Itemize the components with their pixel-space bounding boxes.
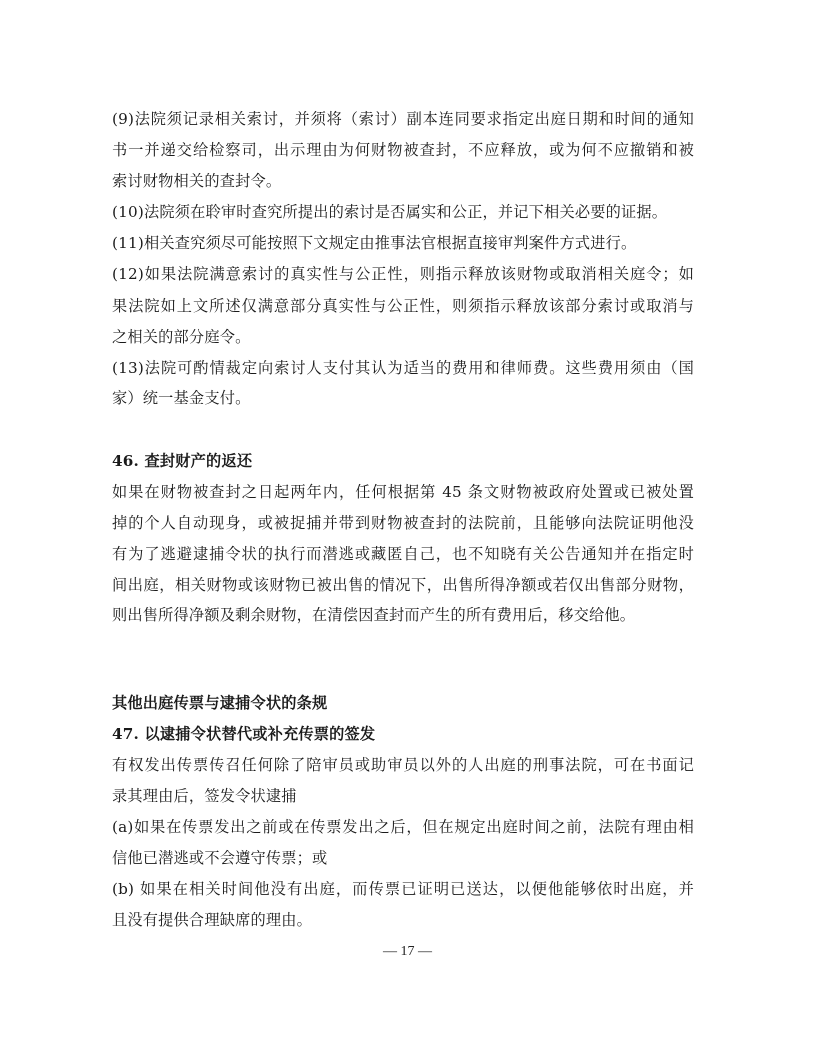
section-47-b-line-1: (b) 如果在相关时间他没有出庭，而传票已证明已送达，以便他能够依时出庭，并 — [112, 877, 694, 901]
section-46-line-4: 间出庭，相关财物或该财物已被出售的情况下，出售所得净额或若仅出售部分财物， — [112, 573, 694, 597]
part-heading: 其他出庭传票与逮捕令状的条规 — [112, 691, 694, 715]
paragraph-13-line-2: 家）统一基金支付。 — [112, 386, 694, 410]
section-46-line-5: 则出售所得净额及剩余财物，在清偿因查封而产生的所有费用后，移交给他。 — [112, 603, 694, 627]
paragraph-9-line-3: 索讨财物相关的查封令。 — [112, 169, 694, 193]
section-47-line-2: 录其理由后，签发令状逮捕 — [112, 784, 694, 808]
section-47-a-line-2: 信他已潜逃或不会遵守传票；或 — [112, 846, 694, 870]
section-46-line-3: 有为了逃避逮捕令状的执行而潜逃或藏匿自己，也不知晓有关公告通知并在指定时 — [112, 542, 694, 566]
paragraph-12-line-3: 之相关的部分庭令。 — [112, 325, 694, 349]
section-47-a-line-1: (a)如果在传票发出之前或在传票发出之后，但在规定出庭时间之前，法院有理由相 — [112, 815, 694, 839]
section-46-heading: 46. 查封财产的返还 — [112, 449, 694, 473]
document-page: (9)法院须记录相关索讨，并须将（索讨）副本连同要求指定出庭日期和时间的通知 书… — [0, 0, 815, 1055]
section-47-line-1: 有权发出传票传召任何除了陪审员或助审员以外的人出庭的刑事法院，可在书面记 — [112, 753, 694, 777]
paragraph-13-line-1: (13)法院可酌情裁定向索讨人支付其认为适当的费用和律师费。这些费用须由（国 — [112, 356, 694, 380]
section-46-line-2: 掉的个人自动现身，或被捉捕并带到财物被查封的法院前，且能够向法院证明他没 — [112, 511, 694, 535]
paragraph-9-line-2: 书一并递交给检察司，出示理由为何财物被查封，不应释放，或为何不应撤销和被 — [112, 138, 694, 162]
section-46-line-1: 如果在财物被查封之日起两年内，任何根据第 45 条文财物被政府处置或已被处置 — [112, 480, 694, 504]
page-number: — 17 — — [0, 944, 815, 960]
paragraph-10: (10)法院须在聆审时查究所提出的索讨是否属实和公正，并记下相关必要的证据。 — [112, 200, 694, 224]
paragraph-9-line-1: (9)法院须记录相关索讨，并须将（索讨）副本连同要求指定出庭日期和时间的通知 — [112, 107, 694, 131]
paragraph-12-line-1: (12)如果法院满意索讨的真实性与公正性，则指示释放该财物或取消相关庭令；如 — [112, 262, 694, 286]
section-47-heading: 47. 以逮捕令状替代或补充传票的签发 — [112, 722, 694, 746]
paragraph-11: (11)相关查究须尽可能按照下文规定由推事法官根据直接审判案件方式进行。 — [112, 231, 694, 255]
section-47-b-line-2: 且没有提供合理缺席的理由。 — [112, 908, 694, 932]
paragraph-12-line-2: 果法院如上文所述仅满意部分真实性与公正性，则须指示释放该部分索讨或取消与 — [112, 294, 694, 318]
